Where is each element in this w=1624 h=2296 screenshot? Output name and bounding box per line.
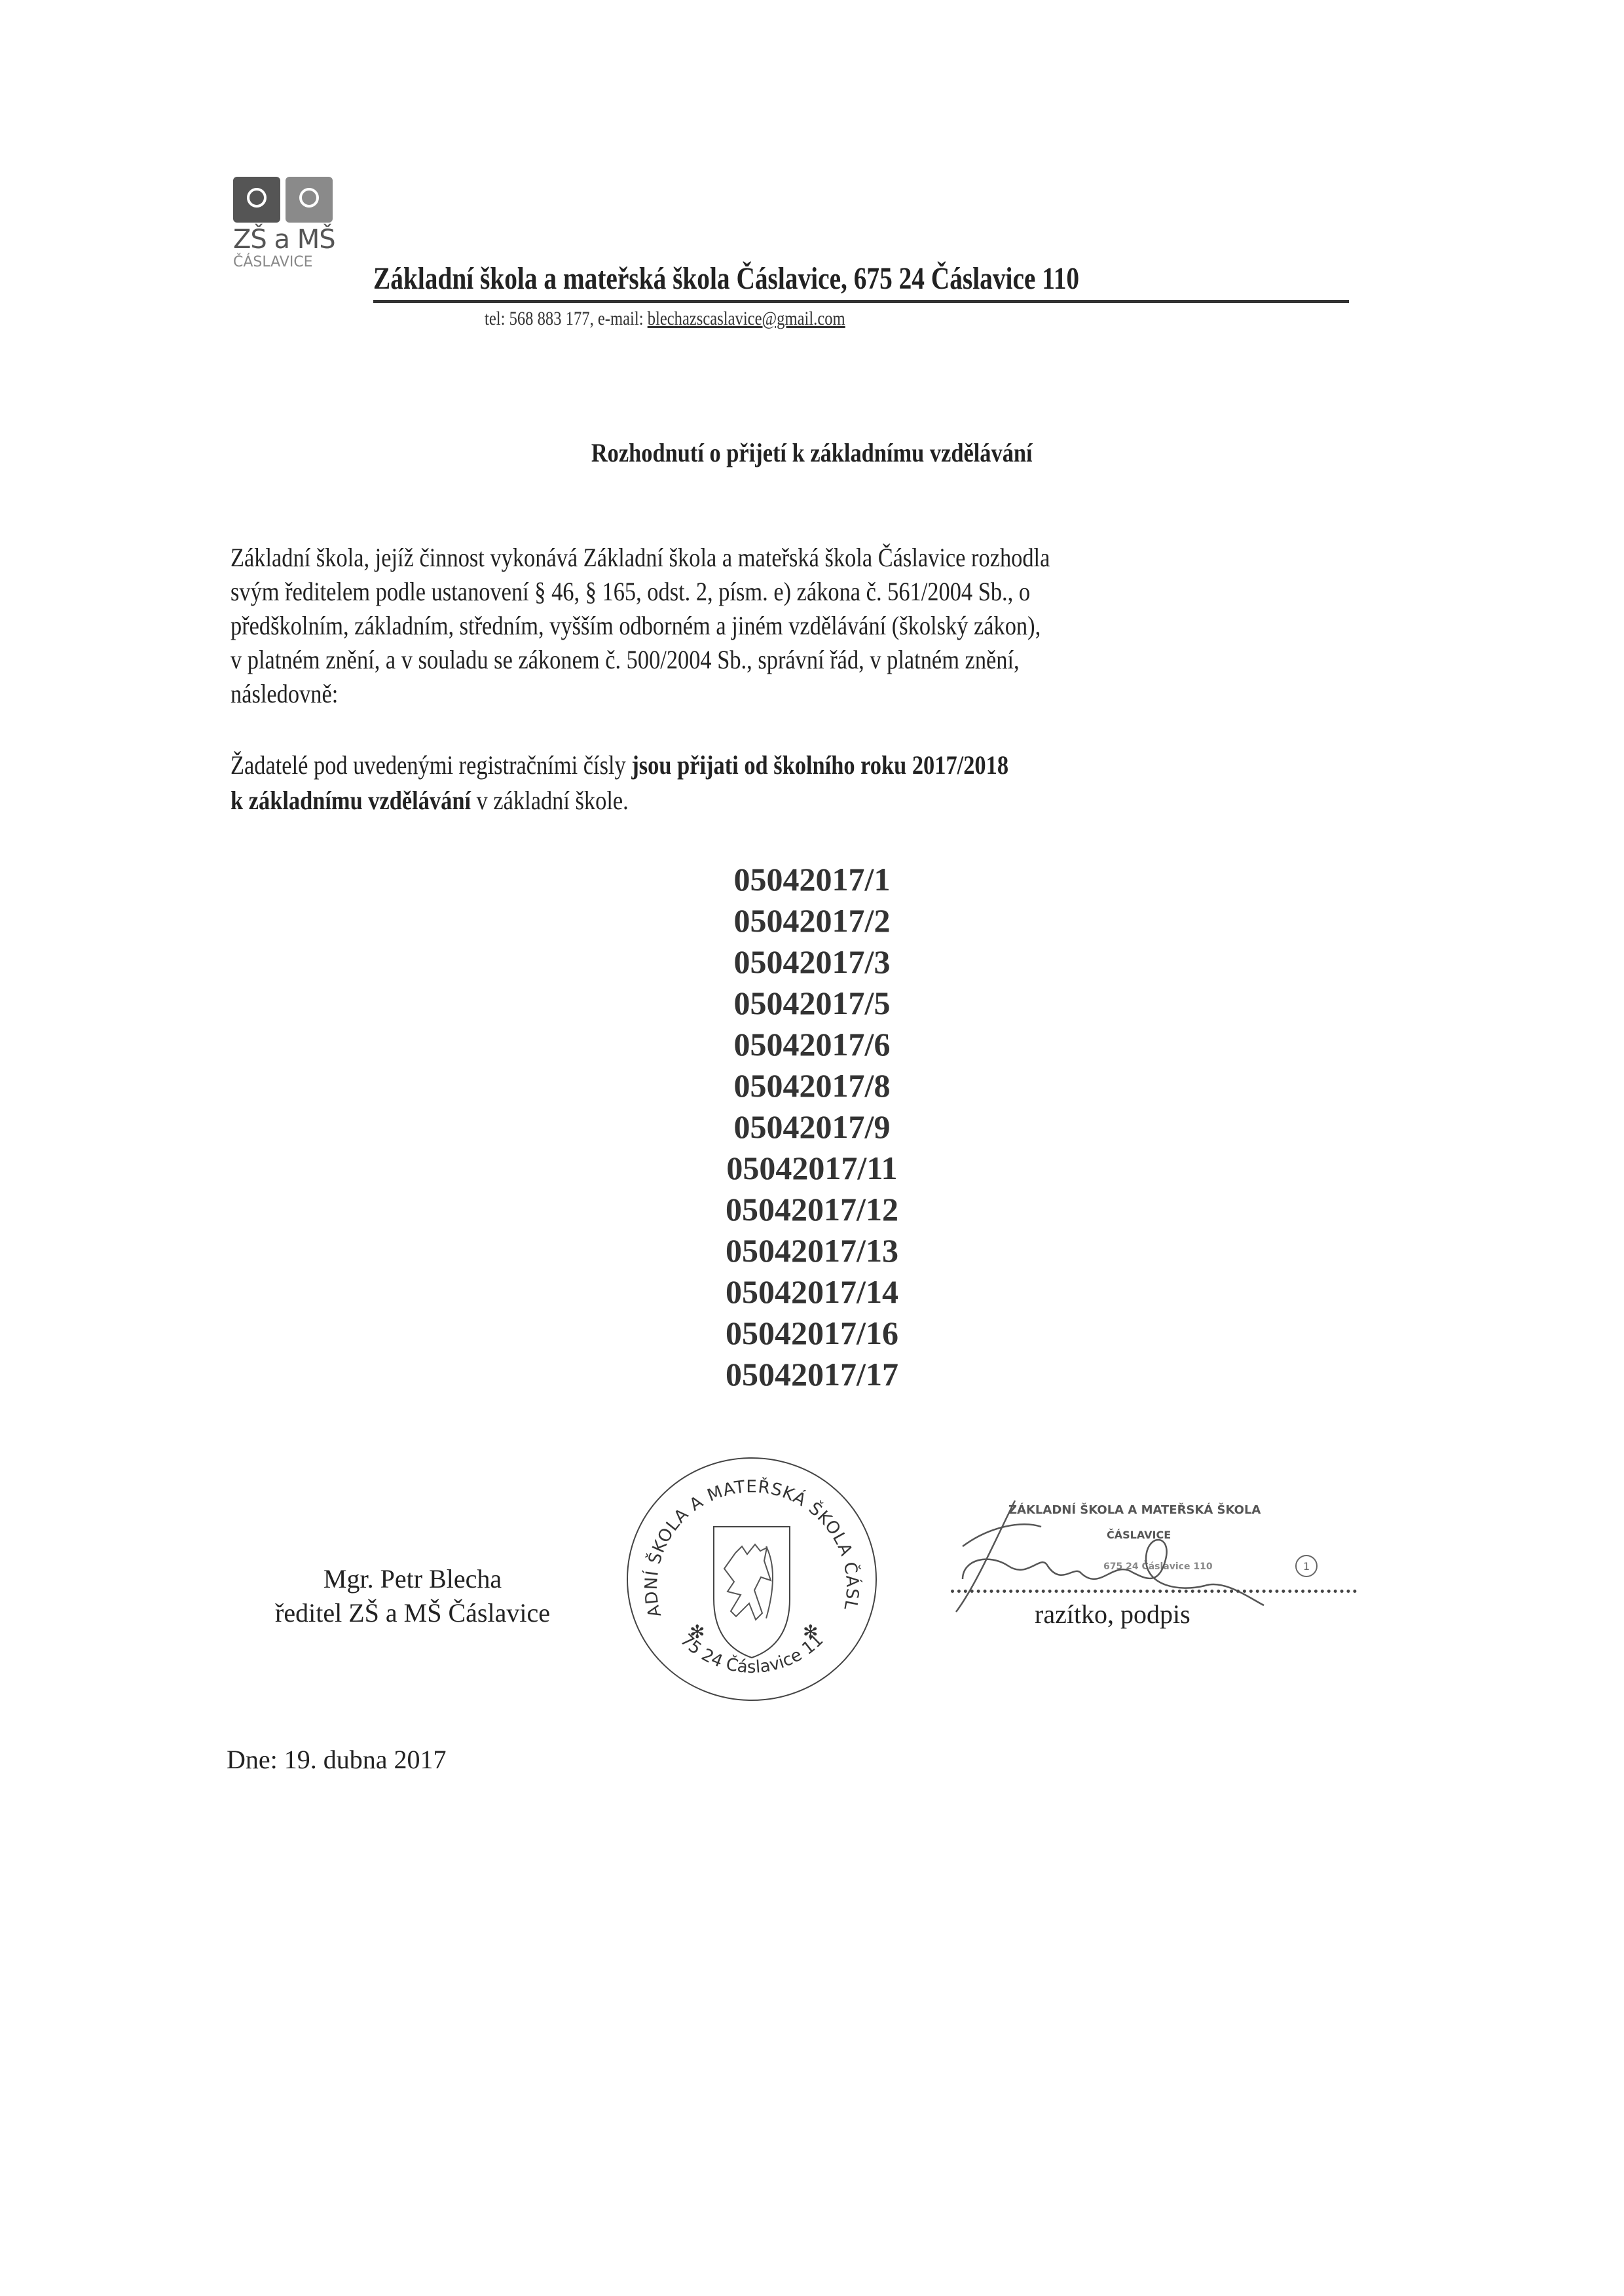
document-date: Dne: 19. dubna 2017	[227, 1744, 447, 1775]
registration-number: 05042017/9	[0, 1106, 1624, 1148]
contact-email-link[interactable]: blechazscaslavice@gmail.com	[648, 308, 845, 329]
registration-number: 05042017/11	[0, 1148, 1624, 1189]
svg-text:ZÁKLADNÍ ŠKOLA A MATEŘSKÁ ŠKOL: ZÁKLADNÍ ŠKOLA A MATEŘSKÁ ŠKOLA ČÁSLAVIC…	[621, 1448, 863, 1619]
document-heading-text: Rozhodnutí o přijetí k základnímu vzdělá…	[591, 437, 1033, 468]
legal-basis-paragraph: Základní škola, jejíž činnost vykonává Z…	[231, 541, 1244, 711]
signature-line	[951, 1590, 1357, 1593]
registration-number: 05042017/13	[0, 1230, 1624, 1271]
contact-phone: tel: 568 883 177, e-mail:	[485, 308, 648, 329]
registration-number: 05042017/14	[0, 1271, 1624, 1313]
czech-lion-coat-of-arms-icon	[714, 1527, 790, 1658]
director-role: ředitel ZŠ a MŠ Čáslavice	[249, 1596, 576, 1630]
rectangular-stamp: ZÁKLADNÍ ŠKOLA A MATEŘSKÁ ŠKOLA ČÁSLAVIC…	[1008, 1503, 1317, 1576]
decision-statement: Žadatelé pod uvedenými registračními čís…	[231, 748, 1244, 818]
svg-text:✻: ✻	[803, 1621, 818, 1643]
svg-text:1: 1	[1303, 1560, 1310, 1573]
registration-number: 05042017/8	[0, 1065, 1624, 1106]
registration-number: 05042017/17	[0, 1354, 1624, 1395]
svg-text:✻: ✻	[690, 1621, 705, 1643]
school-child-face-icon	[233, 177, 280, 223]
registration-number: 05042017/12	[0, 1189, 1624, 1230]
official-round-stamp: ZÁKLADNÍ ŠKOLA A MATEŘSKÁ ŠKOLA ČÁSLAVIC…	[621, 1448, 883, 1710]
director-name: Mgr. Petr Blecha	[249, 1562, 576, 1596]
director-block: Mgr. Petr Blecha ředitel ZŠ a MŠ Čáslavi…	[249, 1562, 576, 1630]
svg-text:ZÁKLADNÍ ŠKOLA A MATEŘSKÁ ŠKOL: ZÁKLADNÍ ŠKOLA A MATEŘSKÁ ŠKOLA	[1008, 1503, 1261, 1517]
body-line: svým ředitelem podle ustanovení § 46, § …	[231, 575, 1244, 609]
logo-text: ZŠ a MŠ	[233, 225, 338, 254]
decision-emphasis: k základnímu vzdělávání	[231, 786, 471, 815]
letterhead-title: Základní škola a mateřská škola Čáslavic…	[373, 261, 1079, 297]
decision-text: Žadatelé pod uvedenými registračními čís…	[231, 750, 631, 780]
school-logo: ZŠ a MŠ ČÁSLAVICE	[233, 177, 338, 271]
registration-number: 05042017/6	[0, 1024, 1624, 1065]
body-line: Základní škola, jejíž činnost vykonává Z…	[231, 541, 1244, 575]
registration-number: 05042017/2	[0, 900, 1624, 941]
body-line: předškolním, základním, středním, vyšším…	[231, 609, 1244, 643]
decision-text: v základní škole.	[471, 786, 629, 815]
registration-number: 05042017/3	[0, 941, 1624, 983]
registration-number: 05042017/5	[0, 983, 1624, 1024]
kindergarten-child-face-icon	[286, 177, 333, 223]
registration-number-list: 05042017/105042017/205042017/305042017/5…	[0, 859, 1624, 1395]
registration-number: 05042017/1	[0, 859, 1624, 900]
signature-label: razítko, podpis	[1035, 1599, 1190, 1630]
svg-text:ČÁSLAVICE: ČÁSLAVICE	[1107, 1529, 1171, 1541]
body-line: následovně:	[231, 677, 1244, 711]
decision-emphasis: jsou přijati od školního roku 2017/2018	[631, 750, 1008, 780]
registration-number: 05042017/16	[0, 1313, 1624, 1354]
letterhead-divider	[373, 300, 1349, 303]
handwritten-signature	[956, 1501, 1264, 1612]
body-line: v platném znění, a v souladu se zákonem …	[231, 643, 1244, 677]
logo-subtext: ČÁSLAVICE	[233, 254, 338, 271]
letterhead-contact: tel: 568 883 177, e-mail: blechazscaslav…	[485, 308, 845, 330]
document-heading: Rozhodnutí o přijetí k základnímu vzdělá…	[0, 437, 1624, 468]
